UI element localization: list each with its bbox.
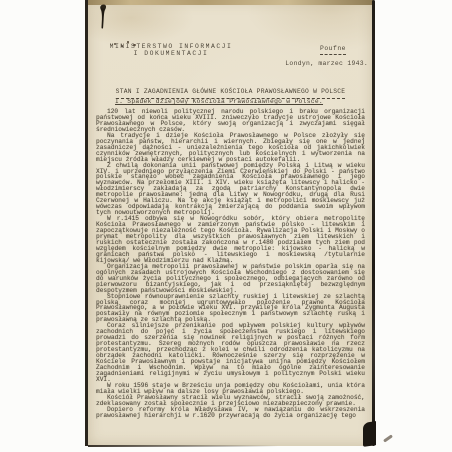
paragraph: W r.1415 odbywa się w Nowogródku sobór, … [96,216,365,264]
page-corner-shadow [363,421,376,447]
dateline: Londyn, marzec 1943. [285,60,368,67]
paragraph: Dopiero reformy króla Władysława IV, w n… [96,407,365,419]
body-text: 120 lat niewoli politycznej narodu polsk… [96,109,365,419]
issuing-office: MINISTERSTWO INFORMACJI I DOKUMENTACJI [106,43,236,58]
paragraph: W roku 1596 staje w Brześciu unja pomięd… [96,383,365,395]
header-right: Poufne Londyn, marzec 1943. [285,37,368,67]
paragraph: Kościół Prawosławny stracił wielu wyznaw… [96,395,365,407]
paragraph: Na tradycje i dzieje Kościoła Prawosławn… [96,133,365,163]
paragraph: Stopniowe równouprawnienie szlachty rusk… [96,294,365,324]
document-title: STAN I ZAGADNIENIA GŁÓWNE KOŚCIOŁA PRAWO… [116,88,346,99]
handwritten-ink-mark [97,3,109,31]
section-heading: I. Spadek dziejowy Kościoła Prawosławneg… [115,98,323,105]
paragraph: Coraz silniejsze przenikanie pod wpływem… [96,323,365,383]
issuing-office-line2: I DOKUMENTACJI [106,50,236,57]
stray-scan-mark [383,434,393,442]
page-right-edge-shadow [372,0,375,446]
title-row: STAN I ZAGADNIENIA GŁÓWNE KOŚCIOŁA PRAWO… [88,80,373,99]
paper-sheet: MINISTERSTWO INFORMACJI I DOKUMENTACJI P… [85,0,373,446]
classification-stamp: Poufne [320,45,346,55]
issuing-office-line1: MINISTERSTWO INFORMACJI [106,43,236,50]
document-scan: MINISTERSTWO INFORMACJI I DOKUMENTACJI P… [0,0,452,452]
paragraph: 120 lat niewoli politycznej narodu polsk… [96,109,365,133]
paragraph: Organizacja metropolii prawosławnej w pa… [96,264,365,294]
paragraph: Z chwilą dokonania unii państwowej pomię… [96,163,365,217]
